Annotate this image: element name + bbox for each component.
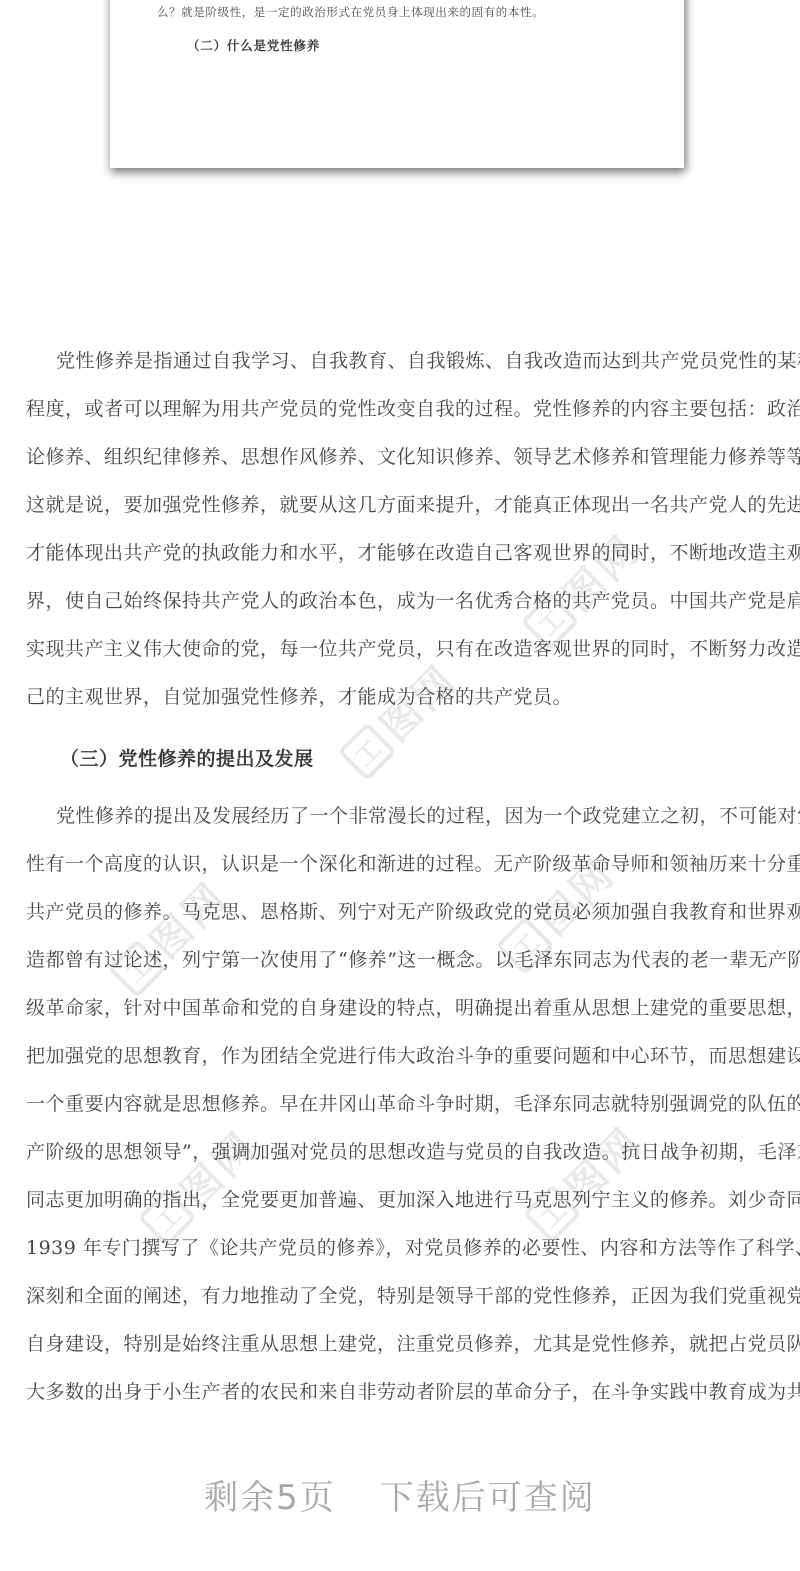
document-lines: 党性修养是指通过自我学习、自我教育、自我锻炼、自我改造而达到共产党员党性的某种程… (26, 337, 778, 1416)
text-line: 产阶级的思想领导”，强调加强对党员的思想改造与党员的自我改造。抗日战争初期，毛泽… (26, 1128, 778, 1176)
previous-page-text-line: 么？就是阶级性，是一定的政治形式在党员身上体现出来的固有的本性。 (157, 4, 544, 20)
previous-page-section-heading: （二）什么是党性修养 (187, 36, 320, 54)
text-line: 界，使自己始终保持共产党人的政治本色，成为一名优秀合格的共产党员。中国共产党是肩… (26, 577, 778, 625)
remaining-pages-hint: 剩余5页 下载后可查阅 (0, 1470, 800, 1519)
section-heading: （三）党性修养的提出及发展 (26, 735, 778, 783)
text-line: 才能体现出共产党的执政能力和水平，才能够在改造自己客观世界的同时，不断地改造主观… (26, 529, 778, 577)
download-to-view-hint: 下载后可查阅 (380, 1470, 596, 1519)
text-line: 把加强党的思想教育，作为团结全党进行伟大政治斗争的重要问题和中心环节，而思想建设… (26, 1032, 778, 1080)
text-line: 大多数的出身于小生产者的农民和来自非劳动者阶层的革命分子，在斗争实践中教育成为共… (26, 1368, 778, 1416)
text-line: 1939 年专门撰写了《论共产党员的修养》，对党员修养的必要性、内容和方法等作了… (26, 1224, 778, 1272)
text-line: 一个重要内容就是思想修养。早在井冈山革命斗争时期，毛泽东同志就特别强调党的队伍的… (26, 1080, 778, 1128)
text-line: 同志更加明确的指出，全党要更加普遍、更加深入地进行马克思列宁主义的修养。刘少奇同… (26, 1176, 778, 1224)
text-line: 论修养、组织纪律修养、思想作风修养、文化知识修养、领导艺术修养和管理能力修养等等… (26, 433, 778, 481)
remaining-pages-count: 剩余5页 (204, 1470, 336, 1519)
text-line: 己的主观世界，自觉加强党性修养，才能成为合格的共产党员。 (26, 673, 778, 721)
text-line: 党性修养的提出及发展经历了一个非常漫长的过程，因为一个政党建立之初，不可能对党 (26, 792, 778, 840)
document-preview-screen: 工图网工图网工图网工图网工图网工图网 么？就是阶级性，是一定的政治形式在党员身上… (0, 0, 800, 1571)
text-line: 造都曾有过论述，列宁第一次使用了“修养”这一概念。以毛泽东同志为代表的老一辈无产… (26, 936, 778, 984)
text-line: 性有一个高度的认识，认识是一个深化和渐进的过程。无产阶级革命导师和领袖历来十分重… (26, 840, 778, 888)
text-line: 深刻和全面的阐述，有力地推动了全党，特别是领导干部的党性修养，正因为我们党重视党… (26, 1272, 778, 1320)
text-line: 共产党员的修养。马克思、恩格斯、列宁对无产阶级政党的党员必须加强自我教育和世界观… (26, 888, 778, 936)
text-line: 自身建设，特别是始终注重从思想上建党，注重党员修养，尤其是党性修养，就把占党员队… (26, 1320, 778, 1368)
text-line: 党性修养是指通过自我学习、自我教育、自我锻炼、自我改造而达到共产党员党性的某种 (26, 337, 778, 385)
text-line: 这就是说，要加强党性修养，就要从这几方面来提升，才能真正体现出一名共产党人的先进… (26, 481, 778, 529)
text-line: 实现共产主义伟大使命的党，每一位共产党员，只有在改造客观世界的同时，不断努力改造… (26, 625, 778, 673)
previous-page-card: 么？就是阶级性，是一定的政治形式在党员身上体现出来的固有的本性。 （二）什么是党… (110, 0, 684, 168)
text-line: 程度，或者可以理解为用共产党员的党性改变自我的过程。党性修养的内容主要包括：政治… (26, 385, 778, 433)
text-line: 级革命家，针对中国革命和党的自身建设的特点，明确提出着重从思想上建党的重要思想，… (26, 984, 778, 1032)
